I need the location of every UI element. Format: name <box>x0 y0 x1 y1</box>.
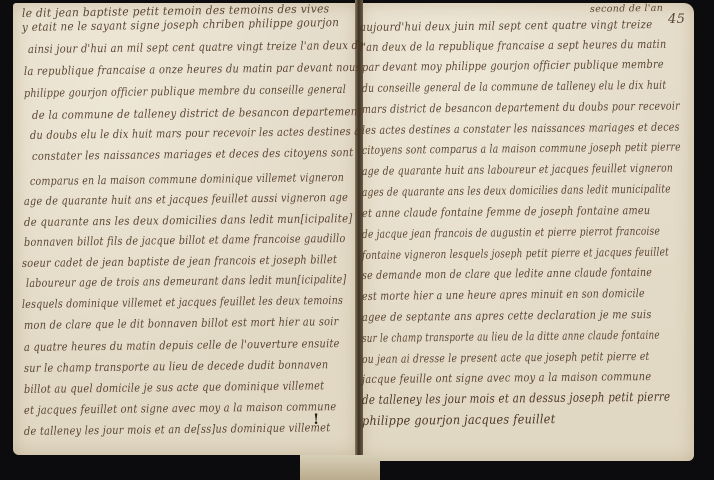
interlinear-correction: second de l'an <box>590 3 663 15</box>
text-line: agee de septante ans apres cette declara… <box>362 307 652 324</box>
signatures-line: philippe gourjon jacques feuillet <box>362 411 556 428</box>
text-line: est morte hier a une heure apres minuit … <box>362 286 645 303</box>
binding-bottom-strip <box>300 455 380 480</box>
text-line: et anne claude fontaine femme de joseph … <box>362 203 650 220</box>
text-line: aujourd'hui deux juin mil sept cent quat… <box>360 17 653 34</box>
text-line: jacque feuille ont signe avec moy a la m… <box>362 369 651 386</box>
folio-number: 45 <box>668 12 685 27</box>
ink-mark: ! <box>313 412 319 428</box>
